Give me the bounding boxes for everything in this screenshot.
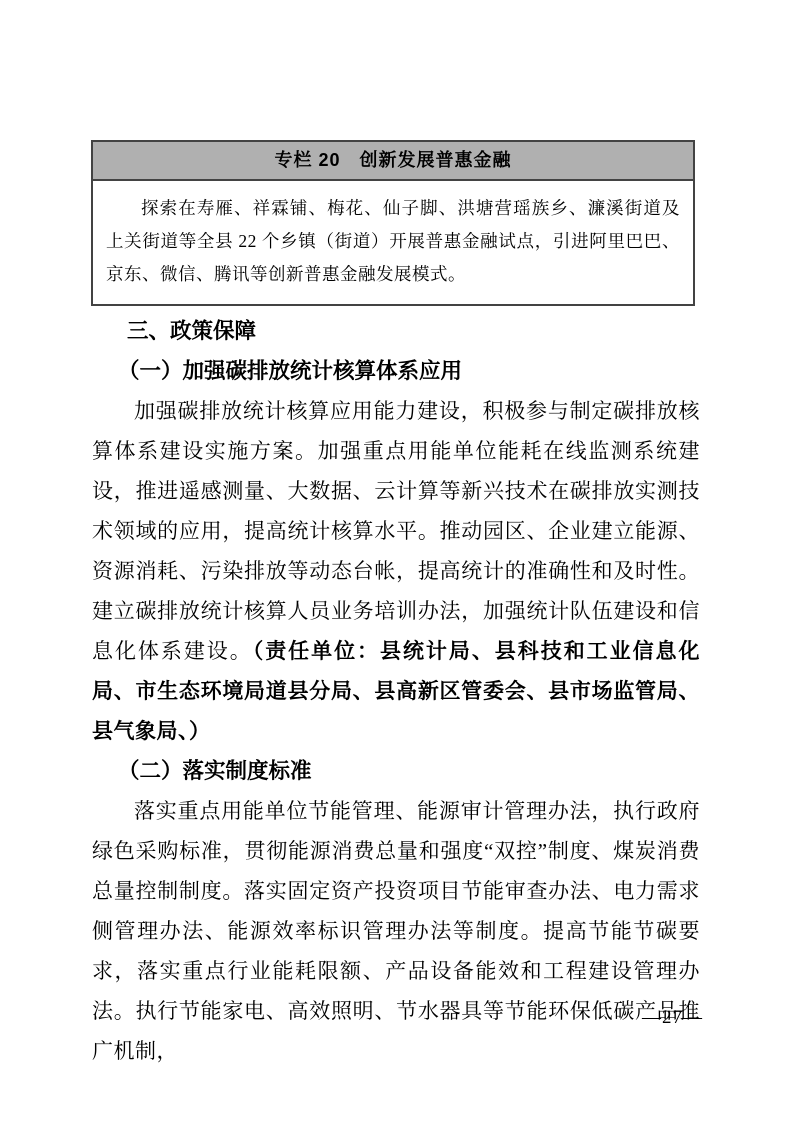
- subsection-1-text-normal: 加强碳排放统计核算应用能力建设，积极参与制定碳排放核算体系建设实施方案。加强重点…: [92, 399, 700, 663]
- page-number: —27—: [642, 1007, 703, 1029]
- section-heading-policy-guarantee: 三、政策保障: [92, 311, 700, 351]
- callout-box: 专栏 20 创新发展普惠金融 探索在寿雁、祥霖铺、梅花、仙子脚、洪塘营瑶族乡、濂…: [91, 140, 695, 306]
- subsection-2-paragraph: 落实重点用能单位节能管理、能源审计管理办法，执行政府绿色采购标准，贯彻能源消费总…: [92, 791, 700, 1071]
- document-content: 三、政策保障 （一）加强碳排放统计核算体系应用 加强碳排放统计核算应用能力建设，…: [92, 311, 700, 1071]
- callout-box-paragraph: 探索在寿雁、祥霖铺、梅花、仙子脚、洪塘营瑶族乡、濂溪街道及上关街道等全县 22 …: [106, 192, 680, 291]
- document-page: 专栏 20 创新发展普惠金融 探索在寿雁、祥霖铺、梅花、仙子脚、洪塘营瑶族乡、濂…: [0, 0, 793, 1122]
- callout-box-body: 探索在寿雁、祥霖铺、梅花、仙子脚、洪塘营瑶族乡、濂溪街道及上关街道等全县 22 …: [93, 181, 693, 304]
- subsection-2-heading: （二）落实制度标准: [92, 751, 700, 791]
- subsection-1-paragraph: 加强碳排放统计核算应用能力建设，积极参与制定碳排放核算体系建设实施方案。加强重点…: [92, 391, 700, 751]
- callout-box-header: 专栏 20 创新发展普惠金融: [93, 142, 693, 181]
- subsection-1-heading: （一）加强碳排放统计核算体系应用: [92, 351, 700, 391]
